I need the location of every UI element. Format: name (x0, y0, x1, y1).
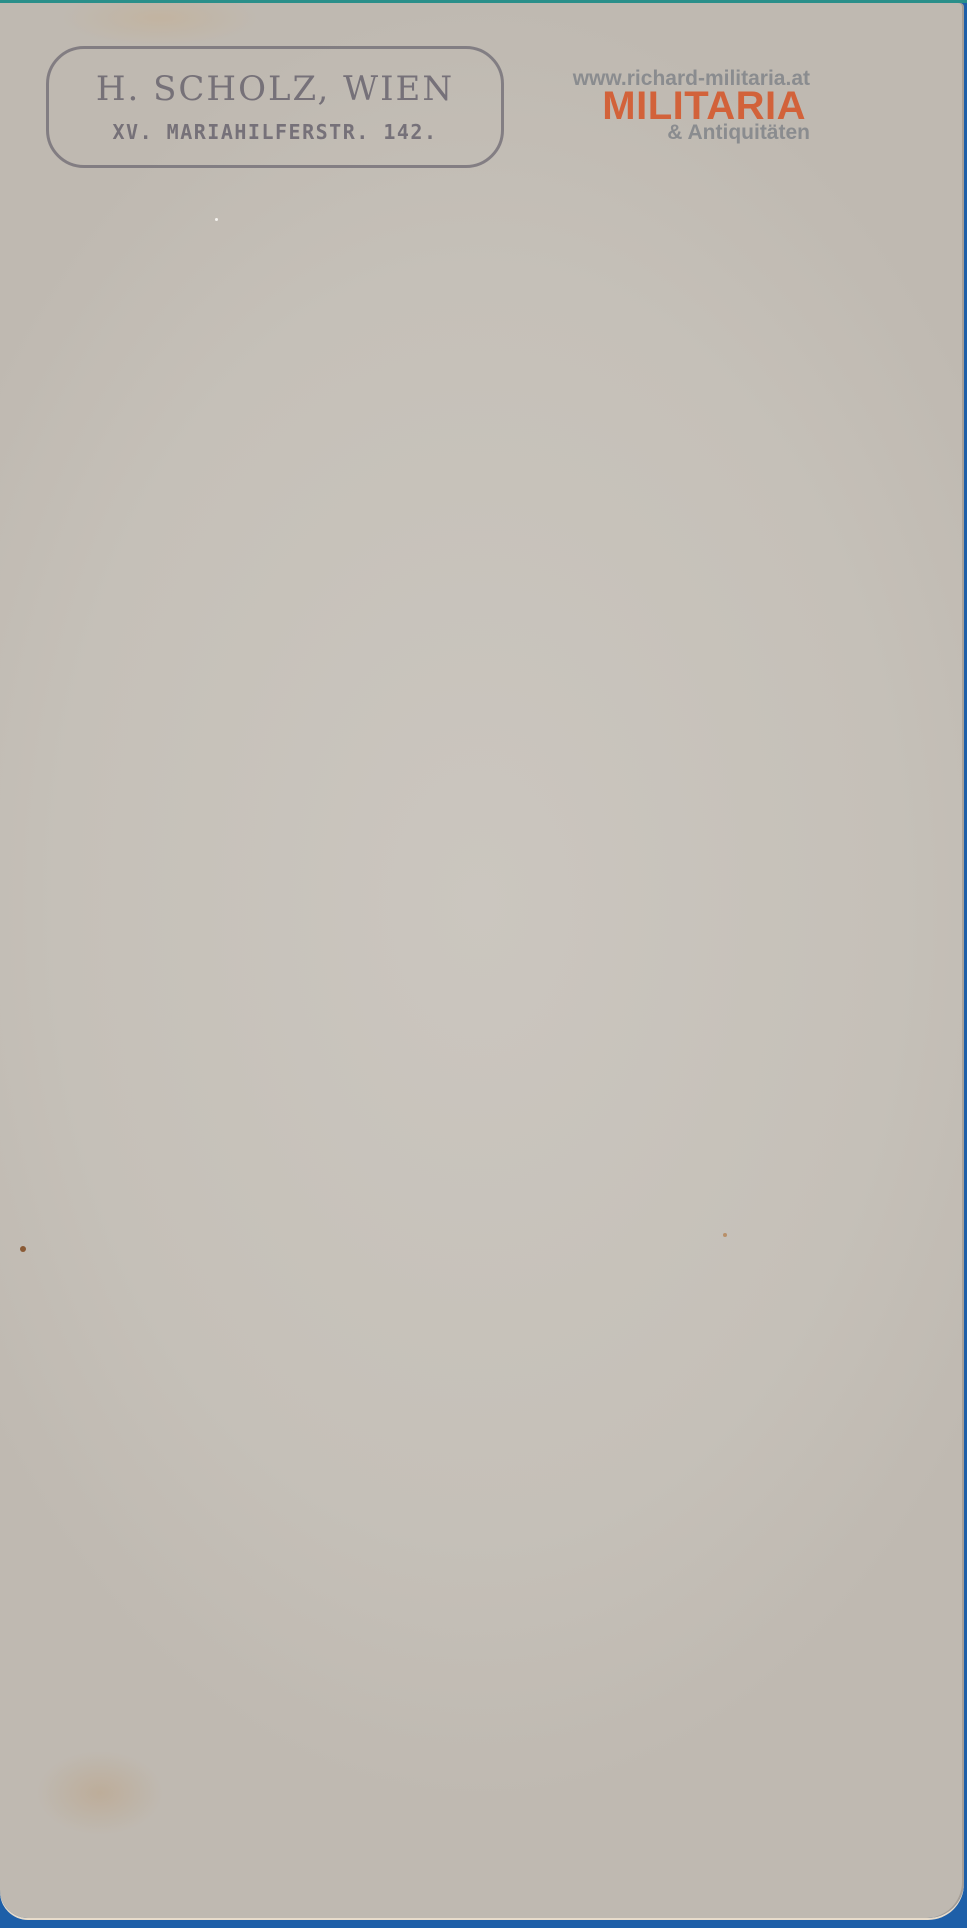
watermark: www.richard-militaria.at MILITARIA & Ant… (530, 69, 810, 143)
scan-background: H. SCHOLZ, WIEN XV. MARIAHILFERSTR. 142.… (0, 0, 967, 1928)
photographer-stamp: H. SCHOLZ, WIEN XV. MARIAHILFERSTR. 142. (46, 46, 504, 168)
cabinet-card-back: H. SCHOLZ, WIEN XV. MARIAHILFERSTR. 142.… (0, 3, 964, 1918)
foxing-spot (723, 1233, 727, 1237)
stamp-address: XV. MARIAHILFERSTR. 142. (49, 121, 501, 143)
watermark-subtitle: & Antiquitäten (530, 123, 810, 143)
stamp-studio-name: H. SCHOLZ, WIEN (49, 71, 501, 107)
paper-speck (215, 218, 218, 221)
watermark-brand: MILITARIA (530, 89, 806, 123)
foxing-spot (20, 1246, 26, 1252)
